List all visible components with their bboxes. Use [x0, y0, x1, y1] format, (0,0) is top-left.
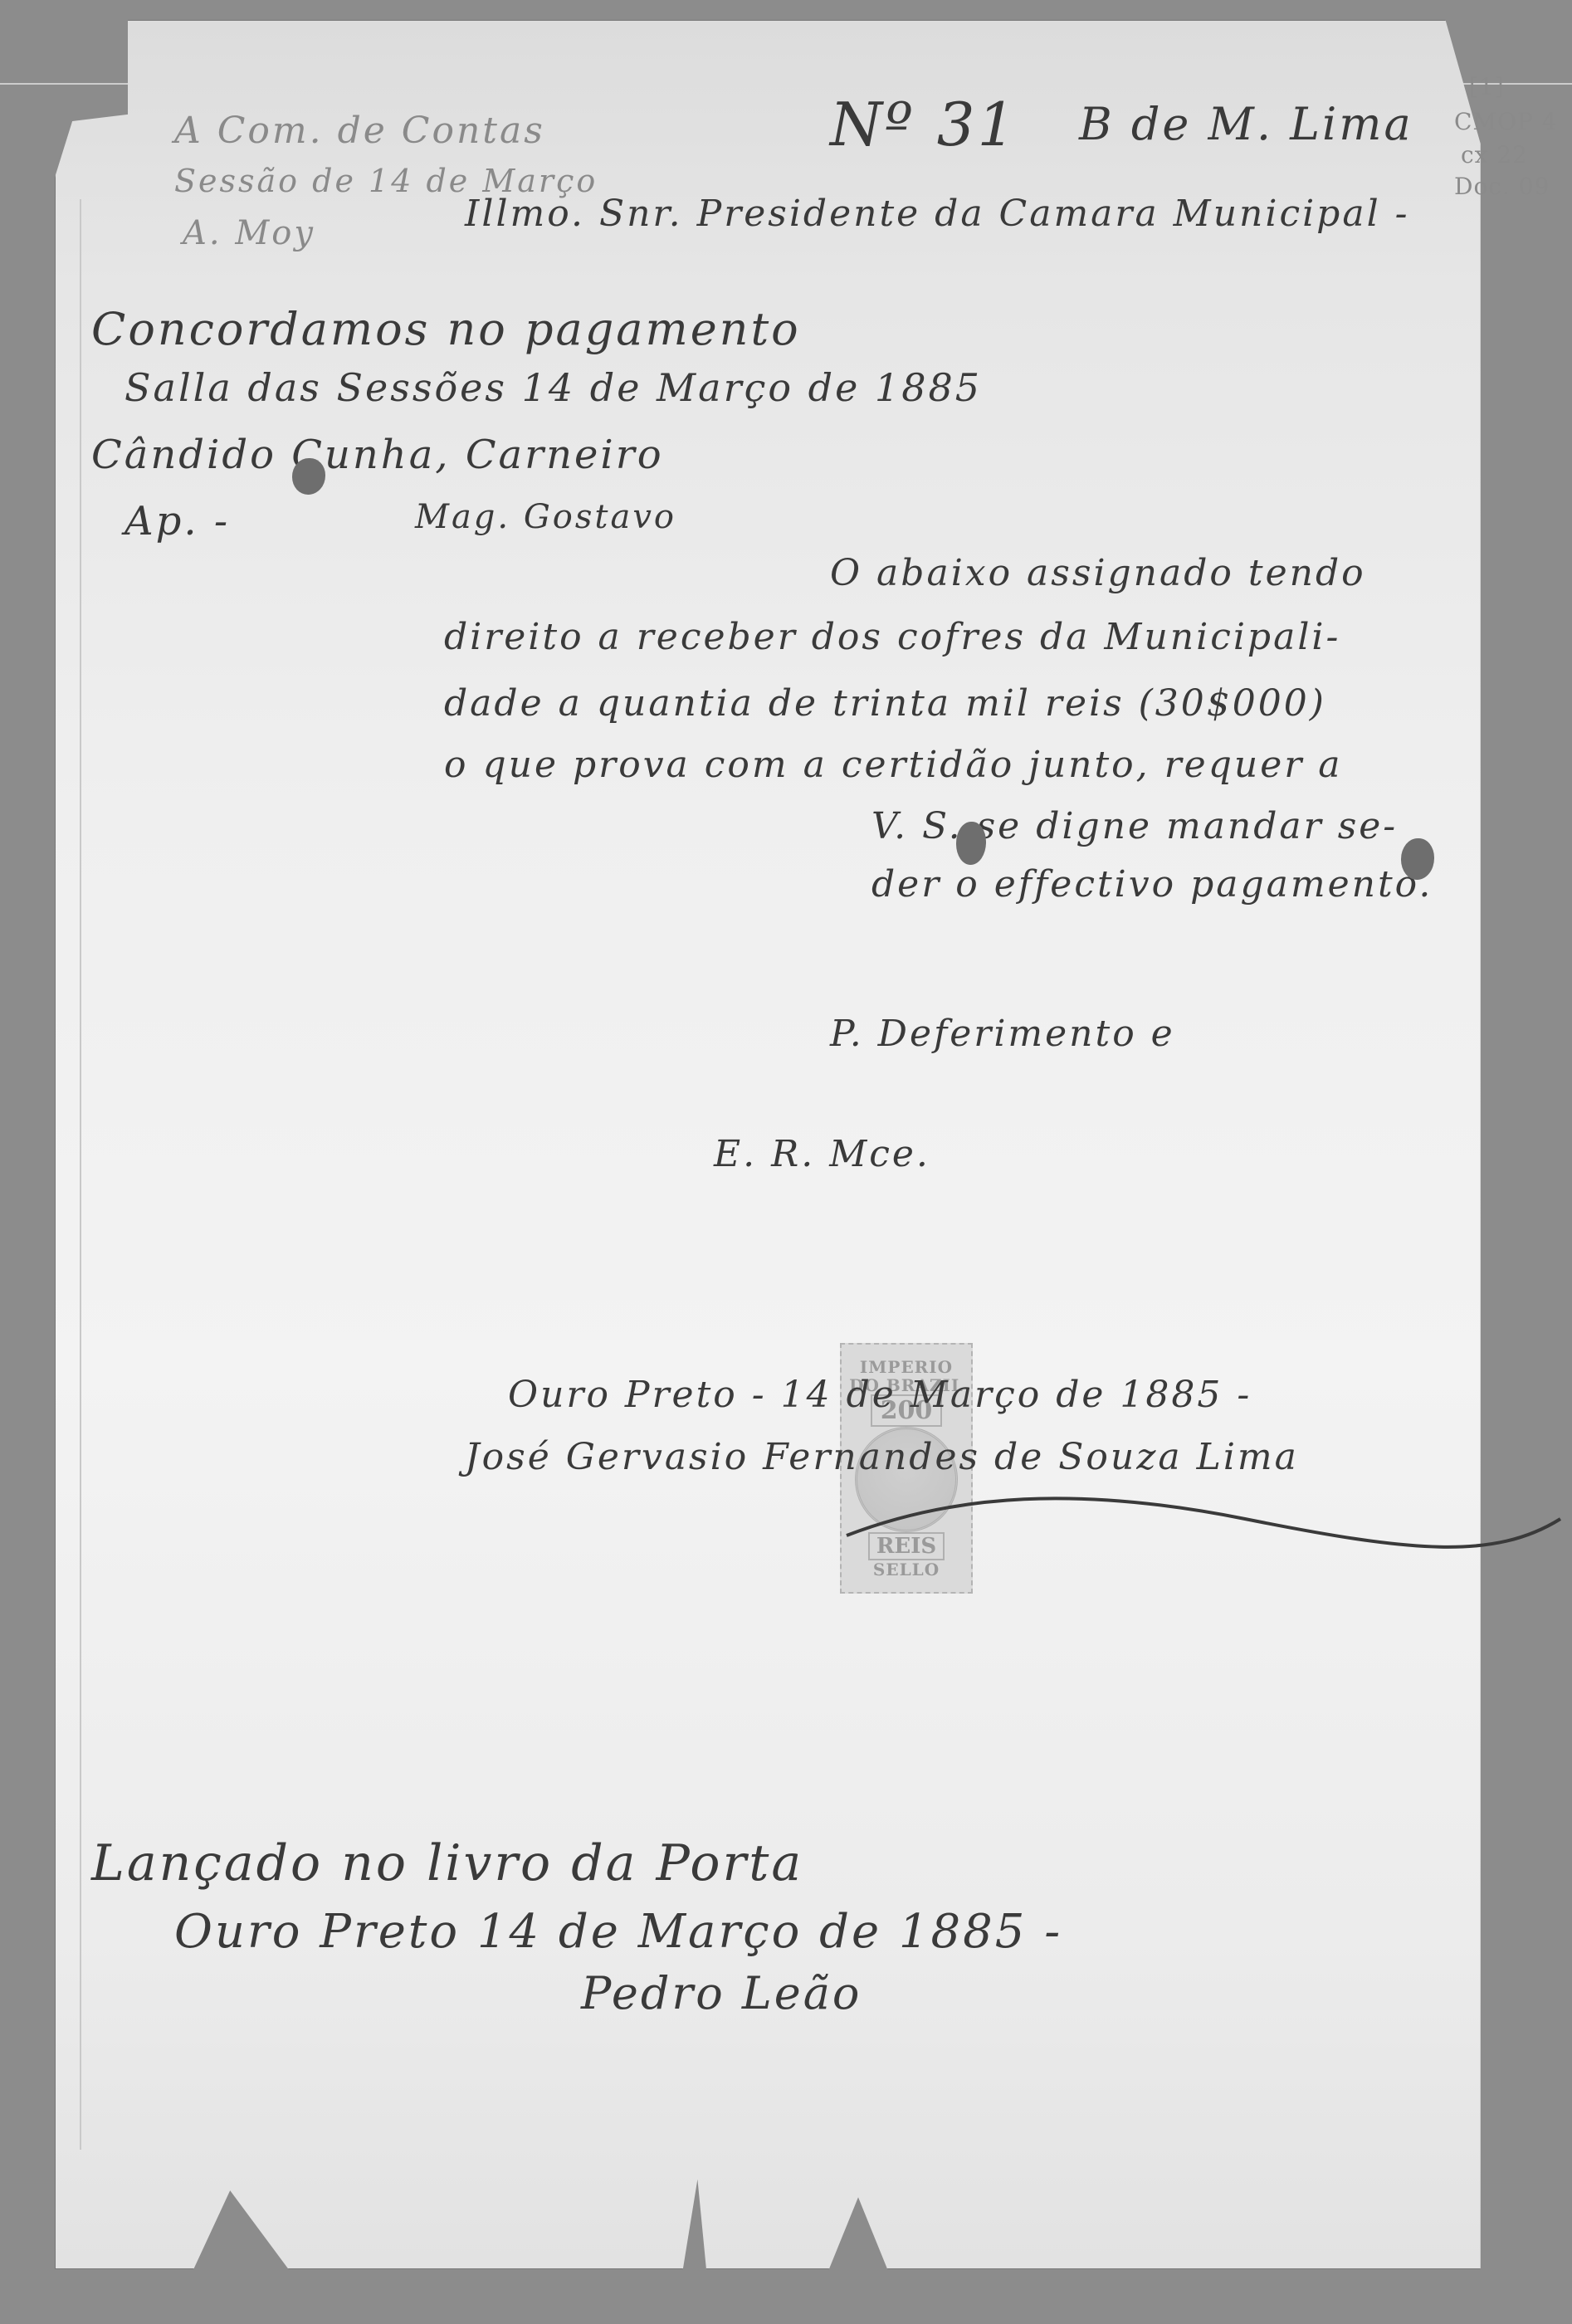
body-line-3: dade a quantia de trinta mil reis (30$00…: [444, 682, 1326, 725]
closing-line-2: E. R. Mce.: [714, 1133, 930, 1175]
commission-line-1: Concordamos no pagamento: [91, 303, 801, 355]
signer-name: José Gervasio Fernandes de Souza Lima: [465, 1436, 1299, 1478]
registry-line-2: Ouro Preto 14 de Março de 1885 -: [174, 1905, 1062, 1959]
commission-line-2: Salla das Sessões 14 de Março de 1885: [124, 365, 982, 410]
commission-line-4: Ap. -: [124, 498, 230, 544]
body-line-5: V. S. se digne mandar se-: [871, 805, 1398, 847]
dispatch-note-line-1: A Com. de Contas: [174, 110, 545, 152]
margin-fold-line: [80, 199, 81, 2150]
document-number: Nº 31: [830, 90, 1018, 159]
dispatch-note-line-3: A. Moy: [183, 214, 315, 252]
header-annotation-right: B de M. Lima: [1079, 98, 1413, 150]
registry-line-1: Lançado no livro da Porta: [91, 1834, 803, 1892]
body-line-2: direito a receber dos cofres da Municipa…: [444, 616, 1340, 658]
body-line-6: der o effectivo pagamento.: [871, 863, 1433, 906]
archive-ref-2: CMOP 4: [1454, 108, 1558, 135]
closing-line-1: P. Deferimento e: [830, 1013, 1175, 1055]
archive-ref-3: cx 22: [1461, 141, 1528, 168]
signature-flourish: [830, 1486, 1572, 1569]
body-line-4: o que prova com a certidão junto, requer…: [444, 744, 1343, 786]
registry-line-3: Pedro Leão: [581, 1967, 862, 2019]
archive-ref-4: Doc. 09: [1454, 173, 1550, 200]
commission-signature: Mag. Gostavo: [415, 498, 676, 536]
archive-ref-1: [1]: [1469, 73, 1505, 100]
commission-line-3: Cândido Cunha, Carneiro: [91, 432, 664, 478]
body-line-1: O abaixo assignado tendo: [830, 552, 1366, 594]
place-date-line: Ouro Preto - 14 de Março de 1885 -: [508, 1374, 1252, 1416]
addressee-line: Illmo. Snr. Presidente da Camara Municip…: [465, 193, 1410, 235]
